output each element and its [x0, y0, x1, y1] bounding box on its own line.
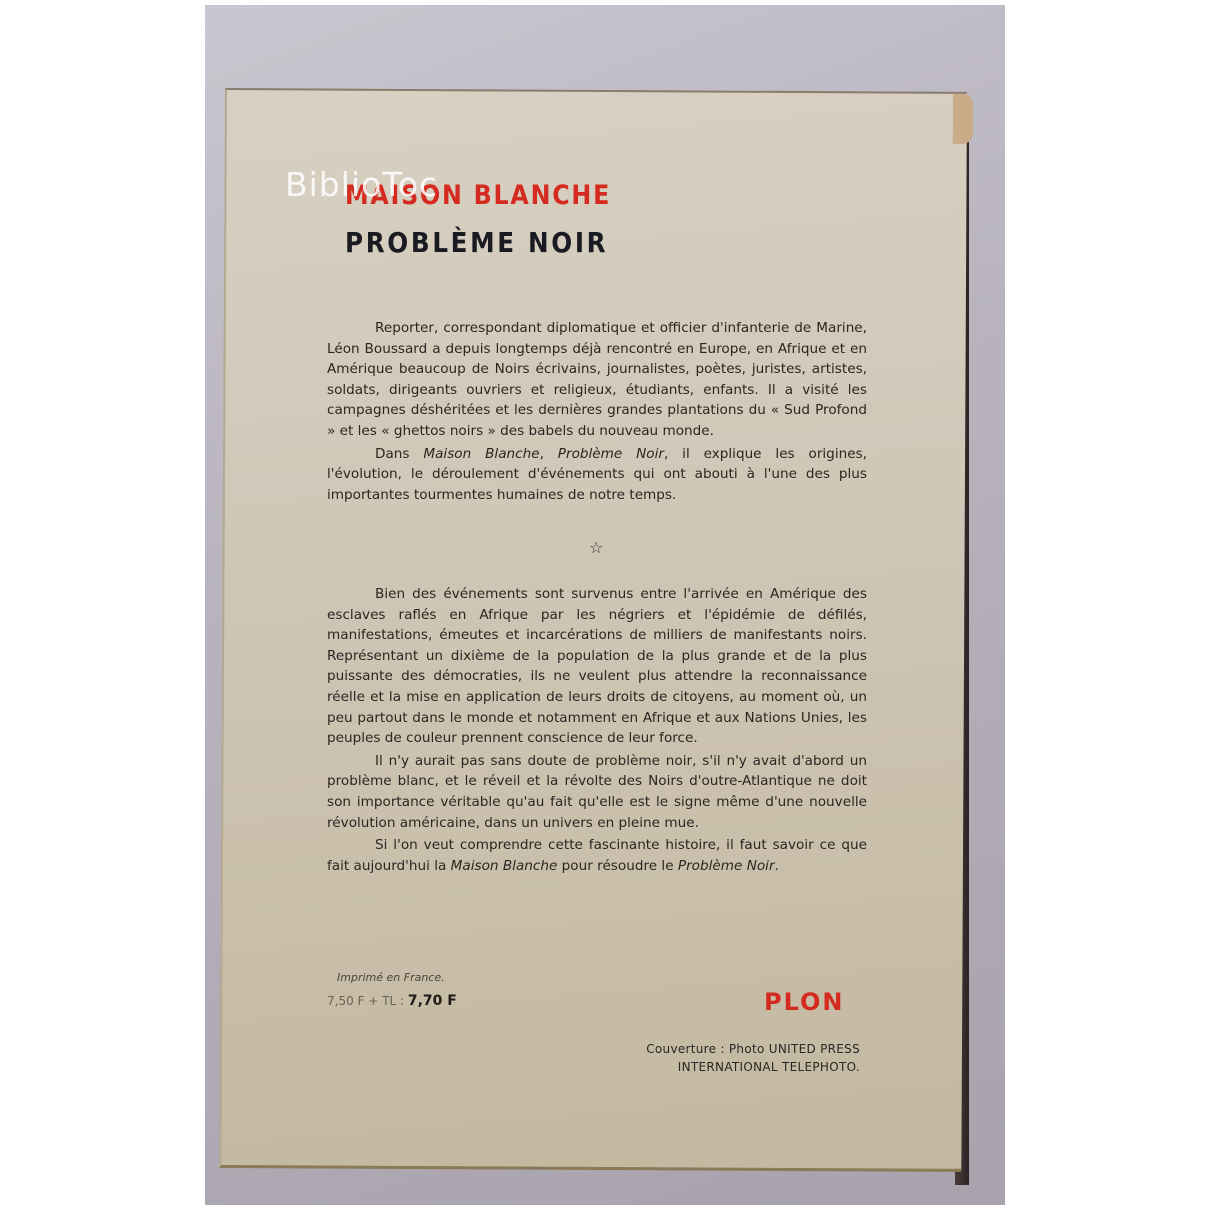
- price: 7,50 F + TL : 7,70 F: [327, 993, 457, 1009]
- blurb-block-2: Bien des événements sont survenus entre …: [327, 584, 867, 878]
- title-line-2: PROBLÈME NOIR: [345, 226, 608, 259]
- blurb-paragraph: Reporter, correspondant diplomatique et …: [327, 318, 867, 442]
- price-total: 7,70 F: [408, 993, 457, 1009]
- blurb-paragraph: Si l'on veut comprendre cette fascinante…: [327, 835, 867, 876]
- blurb-paragraph: Il n'y aurait pas sans doute de problème…: [327, 751, 867, 833]
- blurb-block-1: Reporter, correspondant diplomatique et …: [327, 318, 867, 507]
- blurb-paragraph: Bien des événements sont survenus entre …: [327, 584, 867, 749]
- publisher-logo: PLON: [764, 988, 845, 1016]
- worn-corner: [953, 94, 973, 144]
- imprint-note: Imprimé en France.: [337, 971, 445, 984]
- blurb-paragraph: Dans Maison Blanche, Problème Noir, il e…: [327, 444, 867, 506]
- cover-credit: Couverture : Photo UNITED PRESS INTERNAT…: [620, 1040, 860, 1076]
- credit-line-1: Couverture : Photo UNITED PRESS: [620, 1040, 860, 1058]
- credit-line-2: INTERNATIONAL TELEPHOTO.: [620, 1058, 860, 1076]
- watermark: BiblioToc: [285, 165, 438, 204]
- star-separator-icon: ☆: [589, 538, 603, 557]
- price-base: 7,50 F + TL :: [327, 994, 404, 1008]
